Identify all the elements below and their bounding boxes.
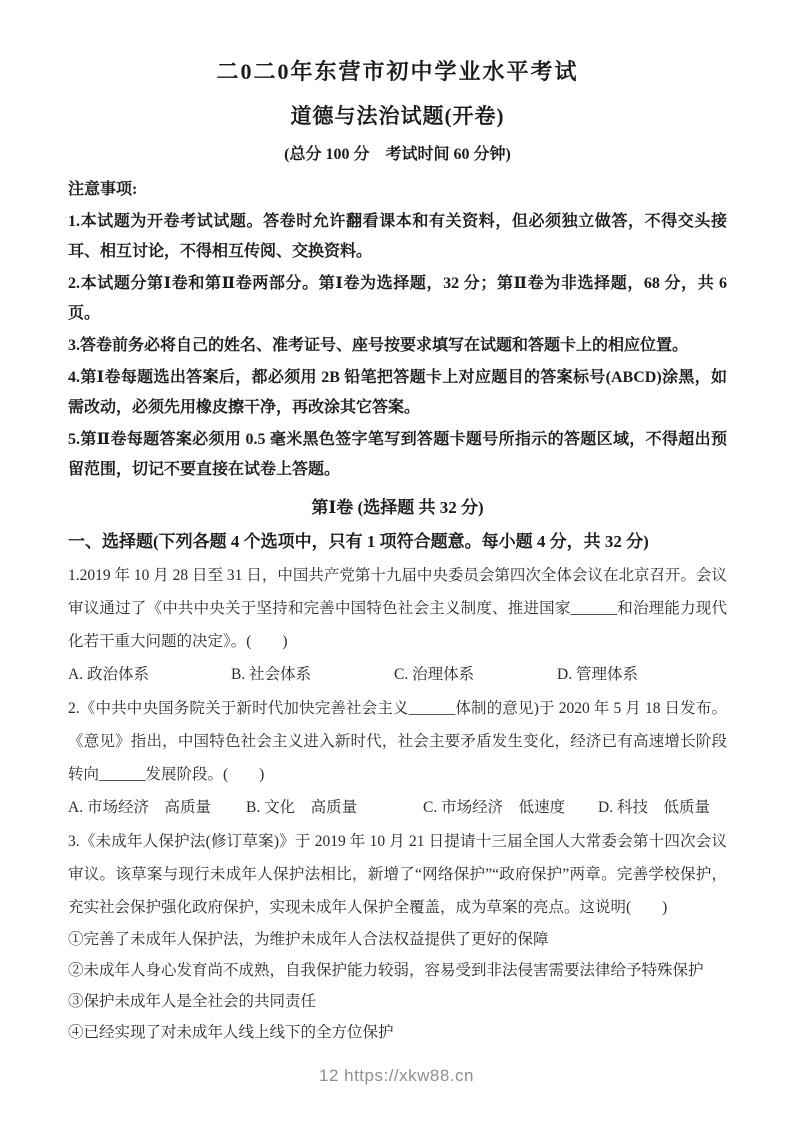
notice-item-4: 4.第Ⅰ卷每题选出答案后，都必须用 2B 铅笔把答题卡上对应题目的答案标号(AB… <box>68 363 727 423</box>
question-1-options: A. 政治体系 B. 社会体系 C. 治理体系 D. 管理体系 <box>68 658 727 691</box>
notice-item-5: 5.第Ⅱ卷每题答案必须用 0.5 毫米黑色签字笔写到答题卡题号所指示的答题区域，… <box>68 425 727 485</box>
section1-intro: 一、选择题(下列各题 4 个选项中，只有 1 项符合题意。每小题 4 分，共 3… <box>68 526 727 558</box>
question-3-statement-4: ④已经实现了对未成年人线上线下的全方位保护 <box>68 1017 727 1048</box>
question-2-option-d: D. 科技 低质量 <box>598 791 710 824</box>
question-3-statement-2: ②未成年人身心发育尚不成熟，自我保护能力较弱，容易受到非法侵害需要法律给予特殊保… <box>68 955 727 986</box>
exam-meta: (总分 100 分 考试时间 60 分钟) <box>68 144 727 166</box>
question-2-option-a: A. 市场经济 高质量 <box>68 791 246 824</box>
question-1-option-d: D. 管理体系 <box>557 658 638 691</box>
question-3-statement-1: ①完善了未成年人保护法，为维护未成年人合法权益提供了更好的保障 <box>68 924 727 955</box>
section1-header: 第Ⅰ卷 (选择题 共 32 分) <box>68 492 727 524</box>
exam-subject: 道德与法治试题(开卷) <box>68 101 727 131</box>
question-1-text: 1.2019 年 10 月 28 日至 31 日，中国共产党第十九届中央委员会第… <box>68 559 727 658</box>
question-1-option-a: A. 政治体系 <box>68 658 231 691</box>
question-1-option-c: C. 治理体系 <box>394 658 557 691</box>
question-3-statement-3: ③保护未成年人是全社会的共同责任 <box>68 986 727 1017</box>
question-2-options: A. 市场经济 高质量 B. 文化 高质量 C. 市场经济 低速度 D. 科技 … <box>68 791 727 824</box>
exam-title: 二0二0年东营市初中学业水平考试 <box>68 56 727 88</box>
question-2-option-b: B. 文化 高质量 <box>246 791 423 824</box>
question-2-option-c: C. 市场经济 低速度 <box>423 791 598 824</box>
notice-header: 注意事项: <box>68 175 727 205</box>
footer-watermark: 12 https://xkw88.cn <box>0 1066 793 1086</box>
notice-item-2: 2.本试题分第Ⅰ卷和第Ⅱ卷两部分。第Ⅰ卷为选择题，32 分；第Ⅱ卷为非选择题，6… <box>68 269 727 329</box>
notice-item-3: 3.答卷前务必将自己的姓名、准考证号、座号按要求填写在试题和答题卡上的相应位置。 <box>68 331 727 361</box>
exam-page: 二0二0年东营市初中学业水平考试 道德与法治试题(开卷) (总分 100 分 考… <box>0 0 793 1048</box>
question-3-text: 3.《未成年人保护法(修订草案)》于 2019 年 10 月 21 日提请十三届… <box>68 825 727 924</box>
question-2-text: 2.《中共中央国务院关于新时代加快完善社会主义______体制的意见)于 202… <box>68 692 727 791</box>
question-1-option-b: B. 社会体系 <box>231 658 394 691</box>
notice-item-1: 1.本试题为开卷考试试题。答卷时允许翻看课本和有关资料，但必须独立做答，不得交头… <box>68 207 727 267</box>
